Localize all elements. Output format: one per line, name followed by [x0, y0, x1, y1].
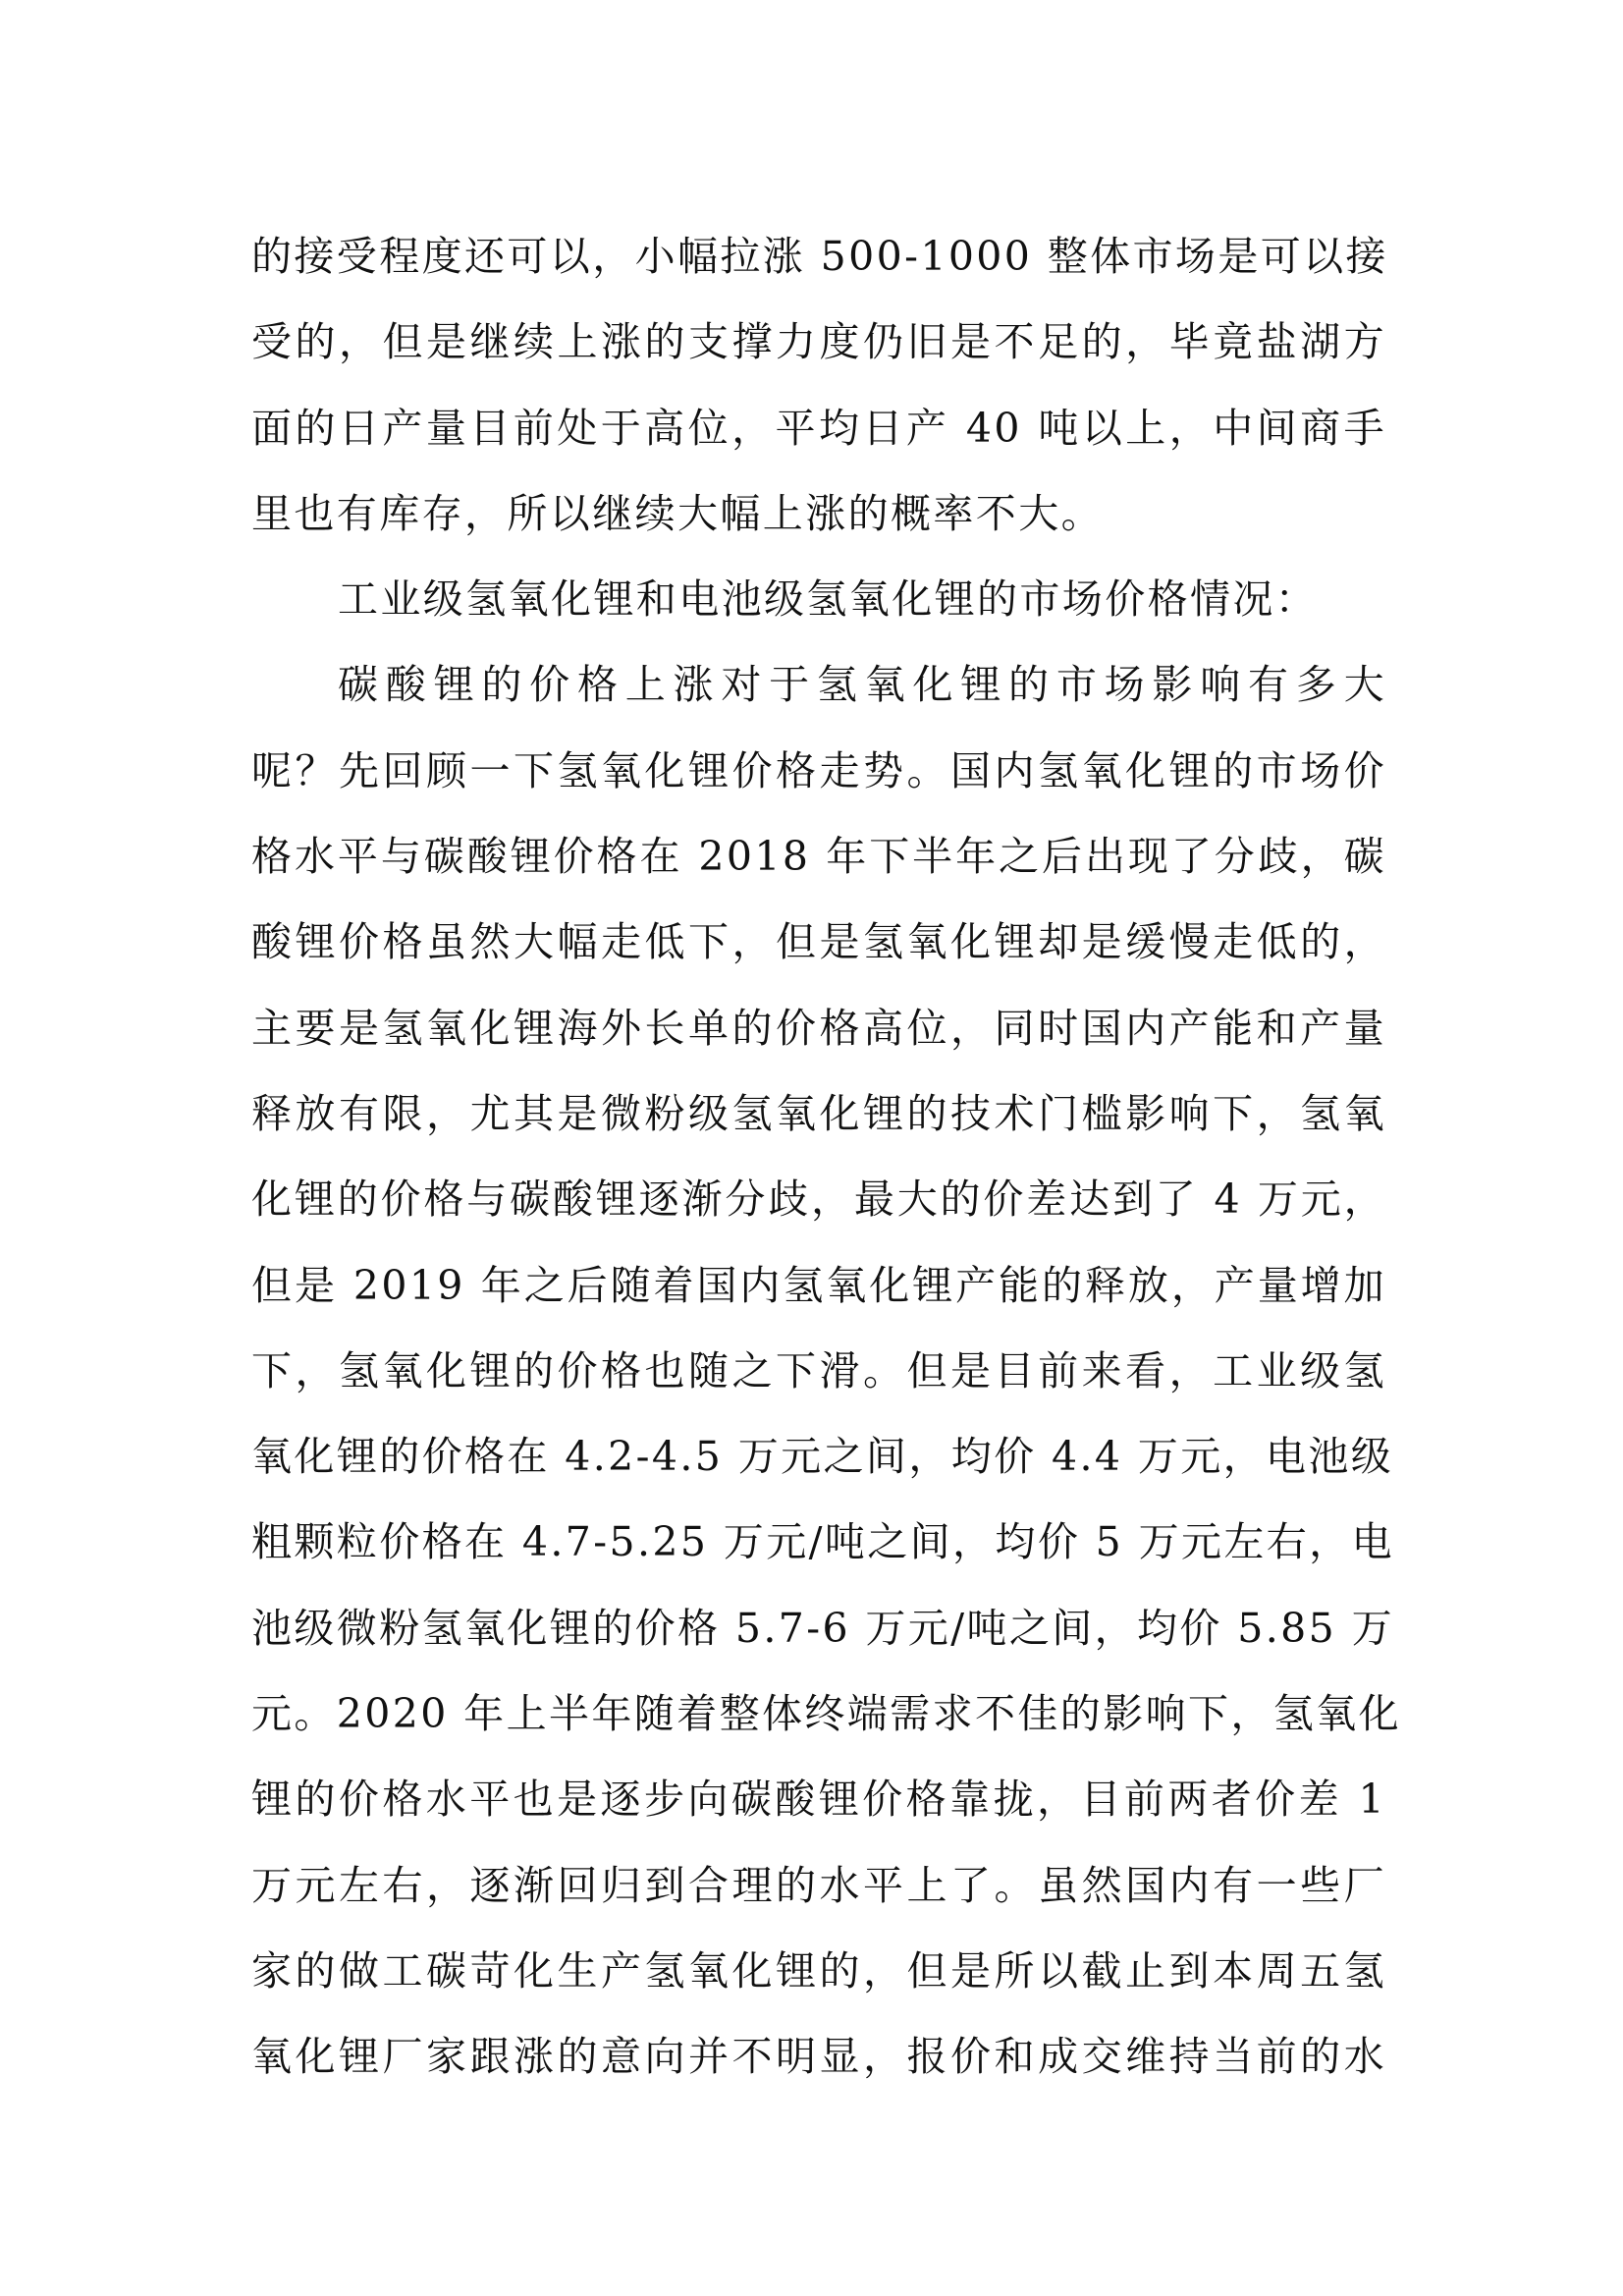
text-line: 受的，但是继续上涨的支撑力度仍旧是不足的，毕竟盐湖方: [251, 300, 1386, 385]
text-line: 呢？先回顾一下氢氧化锂价格走势。国内氢氧化锂的市场价: [251, 729, 1386, 814]
section-heading-line: 工业级氢氧化锂和电池级氢氧化锂的市场价格情况：: [251, 557, 1386, 642]
paragraph-start-line: 碳酸锂的价格上涨对于氢氧化锂的市场影响有多大: [251, 642, 1386, 728]
paragraph-end-line: 里也有库存，所以继续大幅上涨的概率不大。: [251, 471, 1386, 557]
text-line: 格水平与碳酸锂价格在 2018 年下半年之后出现了分歧，碳: [251, 814, 1386, 900]
text-line: 粗颗粒价格在 4.7-5.25 万元/吨之间，均价 5 万元左右，电: [251, 1500, 1386, 1585]
text-line: 下，氢氧化锂的价格也随之下滑。但是目前来看，工业级氢: [251, 1329, 1386, 1414]
text-line: 但是 2019 年之后随着国内氢氧化锂产能的释放，产量增加: [251, 1243, 1386, 1329]
text-line: 面的日产量目前处于高位，平均日产 40 吨以上，中间商手: [251, 386, 1386, 471]
text-line: 释放有限，尤其是微粉级氢氧化锂的技术门槛影响下，氢氧: [251, 1071, 1386, 1157]
text-line: 的接受程度还可以，小幅拉涨 500-1000 整体市场是可以接: [251, 214, 1386, 300]
text-line: 化锂的价格与碳酸锂逐渐分歧，最大的价差达到了 4 万元，: [251, 1157, 1386, 1242]
text-line: 主要是氢氧化锂海外长单的价格高位，同时国内产能和产量: [251, 986, 1386, 1071]
text-line: 池级微粉氢氧化锂的价格 5.7-6 万元/吨之间，均价 5.85 万: [251, 1586, 1386, 1671]
text-line: 元。2020 年上半年随着整体终端需求不佳的影响下，氢氧化: [251, 1671, 1386, 1757]
text-line: 万元左右，逐渐回归到合理的水平上了。虽然国内有一些厂: [251, 1843, 1386, 1929]
text-line: 氧化锂的价格在 4.2-4.5 万元之间，均价 4.4 万元，电池级: [251, 1414, 1386, 1500]
text-line: 家的做工碳苛化生产氢氧化锂的，但是所以截止到本周五氢: [251, 1929, 1386, 2014]
text-line: 酸锂价格虽然大幅走低下，但是氢氧化锂却是缓慢走低的，: [251, 900, 1386, 985]
document-page: 的接受程度还可以，小幅拉涨 500-1000 整体市场是可以接 受的，但是继续上…: [251, 214, 1386, 2101]
text-line: 锂的价格水平也是逐步向碳酸锂价格靠拢，目前两者价差 1: [251, 1757, 1386, 1842]
text-line: 氧化锂厂家跟涨的意向并不明显，报价和成交维持当前的水: [251, 2014, 1386, 2100]
